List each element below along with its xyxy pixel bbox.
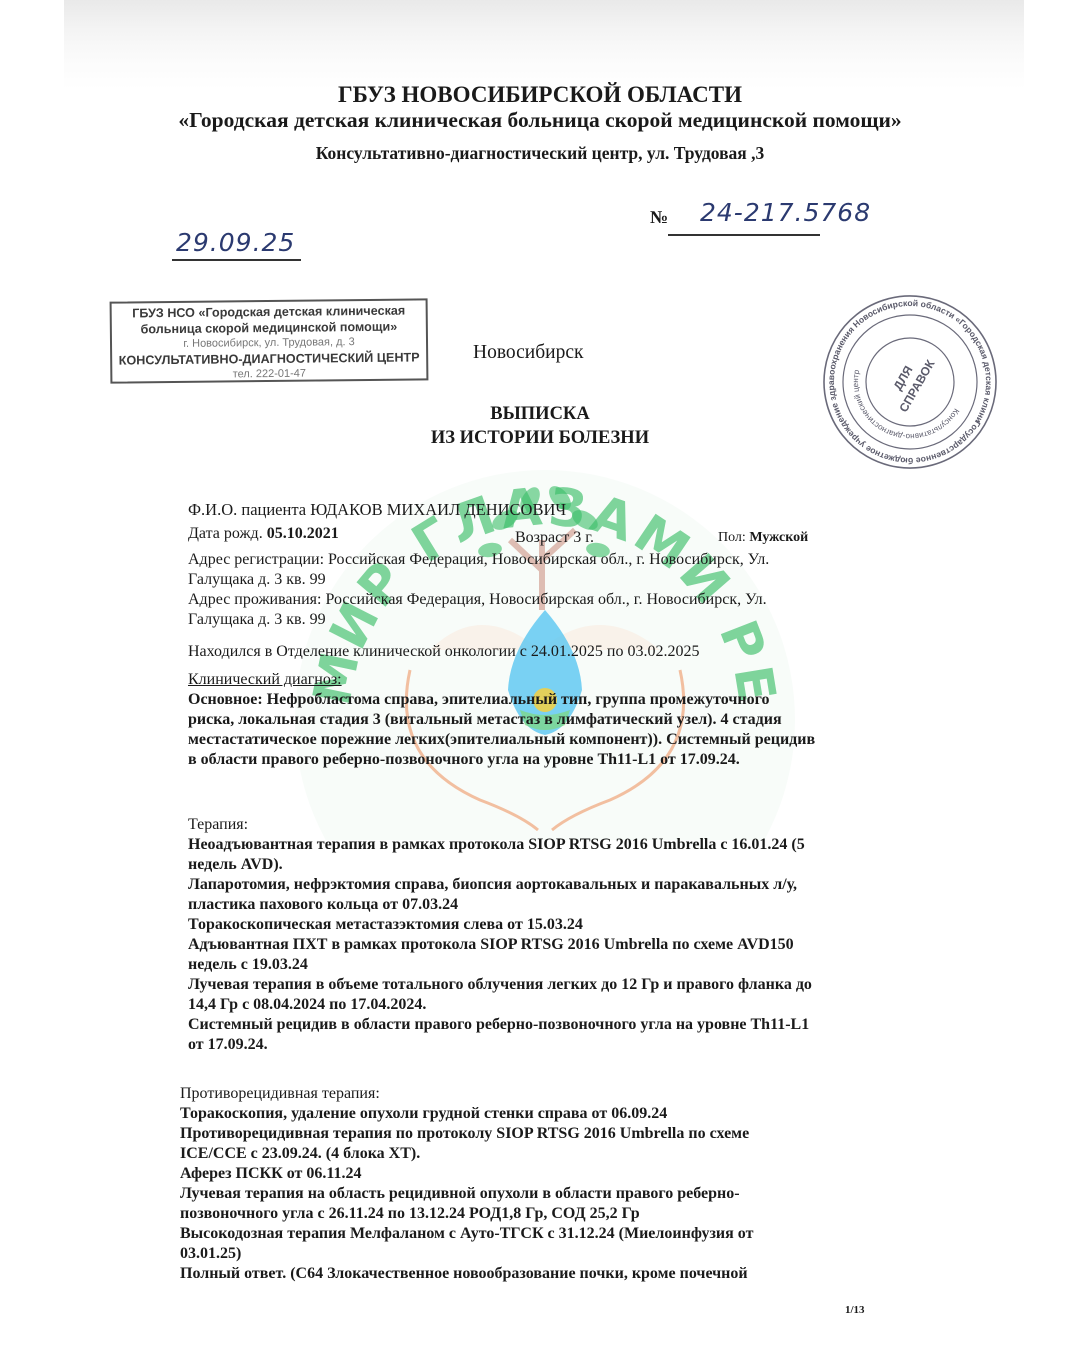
patient-sex-row: Пол: Мужской (718, 528, 808, 548)
patient-dob: 05.10.2021 (267, 525, 339, 542)
diagnosis-lines: Основное: Нефробластома справа, эпителиа… (188, 690, 900, 770)
text-line: Торакоскопическая метастазэктомия слева … (188, 915, 900, 935)
text-line: Аферез ПСКК от 06.11.24 (180, 1164, 892, 1184)
text-line: пластика пахового кольца от 07.03.24 (188, 895, 900, 915)
therapy-lines: Неоадъювантная терапия в рамках протокол… (188, 835, 900, 1055)
text-line: Лучевая терапия на область рецидивной оп… (180, 1184, 892, 1204)
text-line: риска, локальная стадия 3 (витальный мет… (188, 710, 900, 730)
patient-sex: Мужской (749, 530, 808, 545)
relapse-therapy-heading: Противорецидивная терапия: (180, 1084, 892, 1104)
text-line: Лапаротомия, нефрэктомия справа, биопсия… (188, 875, 900, 895)
diagnosis-section: Клинический диагноз: Основное: Нефроблас… (188, 670, 900, 770)
rectangular-stamp: ГБУЗ НСО «Городская детская клиническая … (110, 298, 429, 383)
patient-name: ЮДАКОВ МИХАИЛ ДЕНИСОВИЧ (310, 500, 566, 519)
text-line: Полный ответ. (С64 Злокачественное новоо… (180, 1264, 892, 1284)
relapse-therapy-section: Противорецидивная терапия: Торакоскопия,… (180, 1084, 892, 1284)
handwritten-number: 24-217.5768 (700, 198, 871, 227)
therapy-heading: Терапия: (188, 815, 900, 835)
hospital-name: «Городская детская клиническая больница … (0, 108, 1080, 133)
org-name: ГБУЗ НОВОСИБИРСКОЙ ОБЛАСТИ (0, 82, 1080, 108)
relapse-therapy-lines: Торакоскопия, удаление опухоли грудной с… (180, 1104, 892, 1284)
text-line: Основное: Нефробластома справа, эпителиа… (188, 690, 900, 710)
text-line: в области правого реберно-позвоночного у… (188, 750, 900, 770)
text-line: 14,4 Гр с 08.04.2024 по 17.04.2024. (188, 995, 900, 1015)
text-line: 03.01.25) (180, 1244, 892, 1264)
text-line: Лучевая терапия в объеме тотального облу… (188, 975, 900, 995)
text-line: позвоночного угла с 26.11.24 по 13.12.24… (180, 1204, 892, 1224)
text-line: Системный рецидив в области правого ребе… (188, 1015, 900, 1035)
number-underline (668, 232, 820, 236)
handwritten-date: 29.09.25 (172, 228, 301, 261)
page-number: 1/13 (845, 1304, 865, 1316)
text-line: Адъювантная ПХТ в рамках протокола SIOP … (188, 935, 900, 955)
text-line: ICE/CCE с 23.09.24. (4 блока ХТ). (180, 1144, 892, 1164)
text-line: Противорецидивная терапия по протоколу S… (180, 1124, 892, 1144)
patient-age: 3 г. (573, 529, 594, 546)
patient-age-row: Возраст 3 г. (515, 528, 594, 548)
diagnosis-heading: Клинический диагноз: (188, 670, 900, 690)
text-line: Неоадъювантная терапия в рамках протокол… (188, 835, 900, 855)
city: Новосибирск (473, 342, 583, 364)
text-line: от 17.09.24. (188, 1035, 900, 1055)
text-line: Торакоскопия, удаление опухоли грудной с… (180, 1104, 892, 1124)
patient-name-row: Ф.И.О. пациента ЮДАКОВ МИХАИЛ ДЕНИСОВИЧ (188, 500, 900, 520)
registration-address: Адрес регистрации: Российская Федерация,… (188, 550, 900, 590)
residence-address: Адрес проживания: Российская Федерация, … (188, 590, 900, 630)
hospital-stay: Находился в Отделение клинической онколо… (188, 642, 900, 662)
document-title: ВЫПИСКА ИЗ ИСТОРИИ БОЛЕЗНИ (0, 402, 1080, 450)
text-line: недель AVD). (188, 855, 900, 875)
text-line: недель с 19.03.24 (188, 955, 900, 975)
therapy-section: Терапия: Неоадъювантная терапия в рамках… (188, 815, 900, 1055)
text-line: местастатическое порежние легких(эпители… (188, 730, 900, 750)
number-label: № (650, 207, 668, 228)
diagnosis-main-label: Основное: (188, 691, 267, 708)
center-address: Консультативно-диагностический центр, ул… (0, 143, 1080, 164)
text-line: Высокодозная терапия Мелфаланом с Ауто-Т… (180, 1224, 892, 1244)
